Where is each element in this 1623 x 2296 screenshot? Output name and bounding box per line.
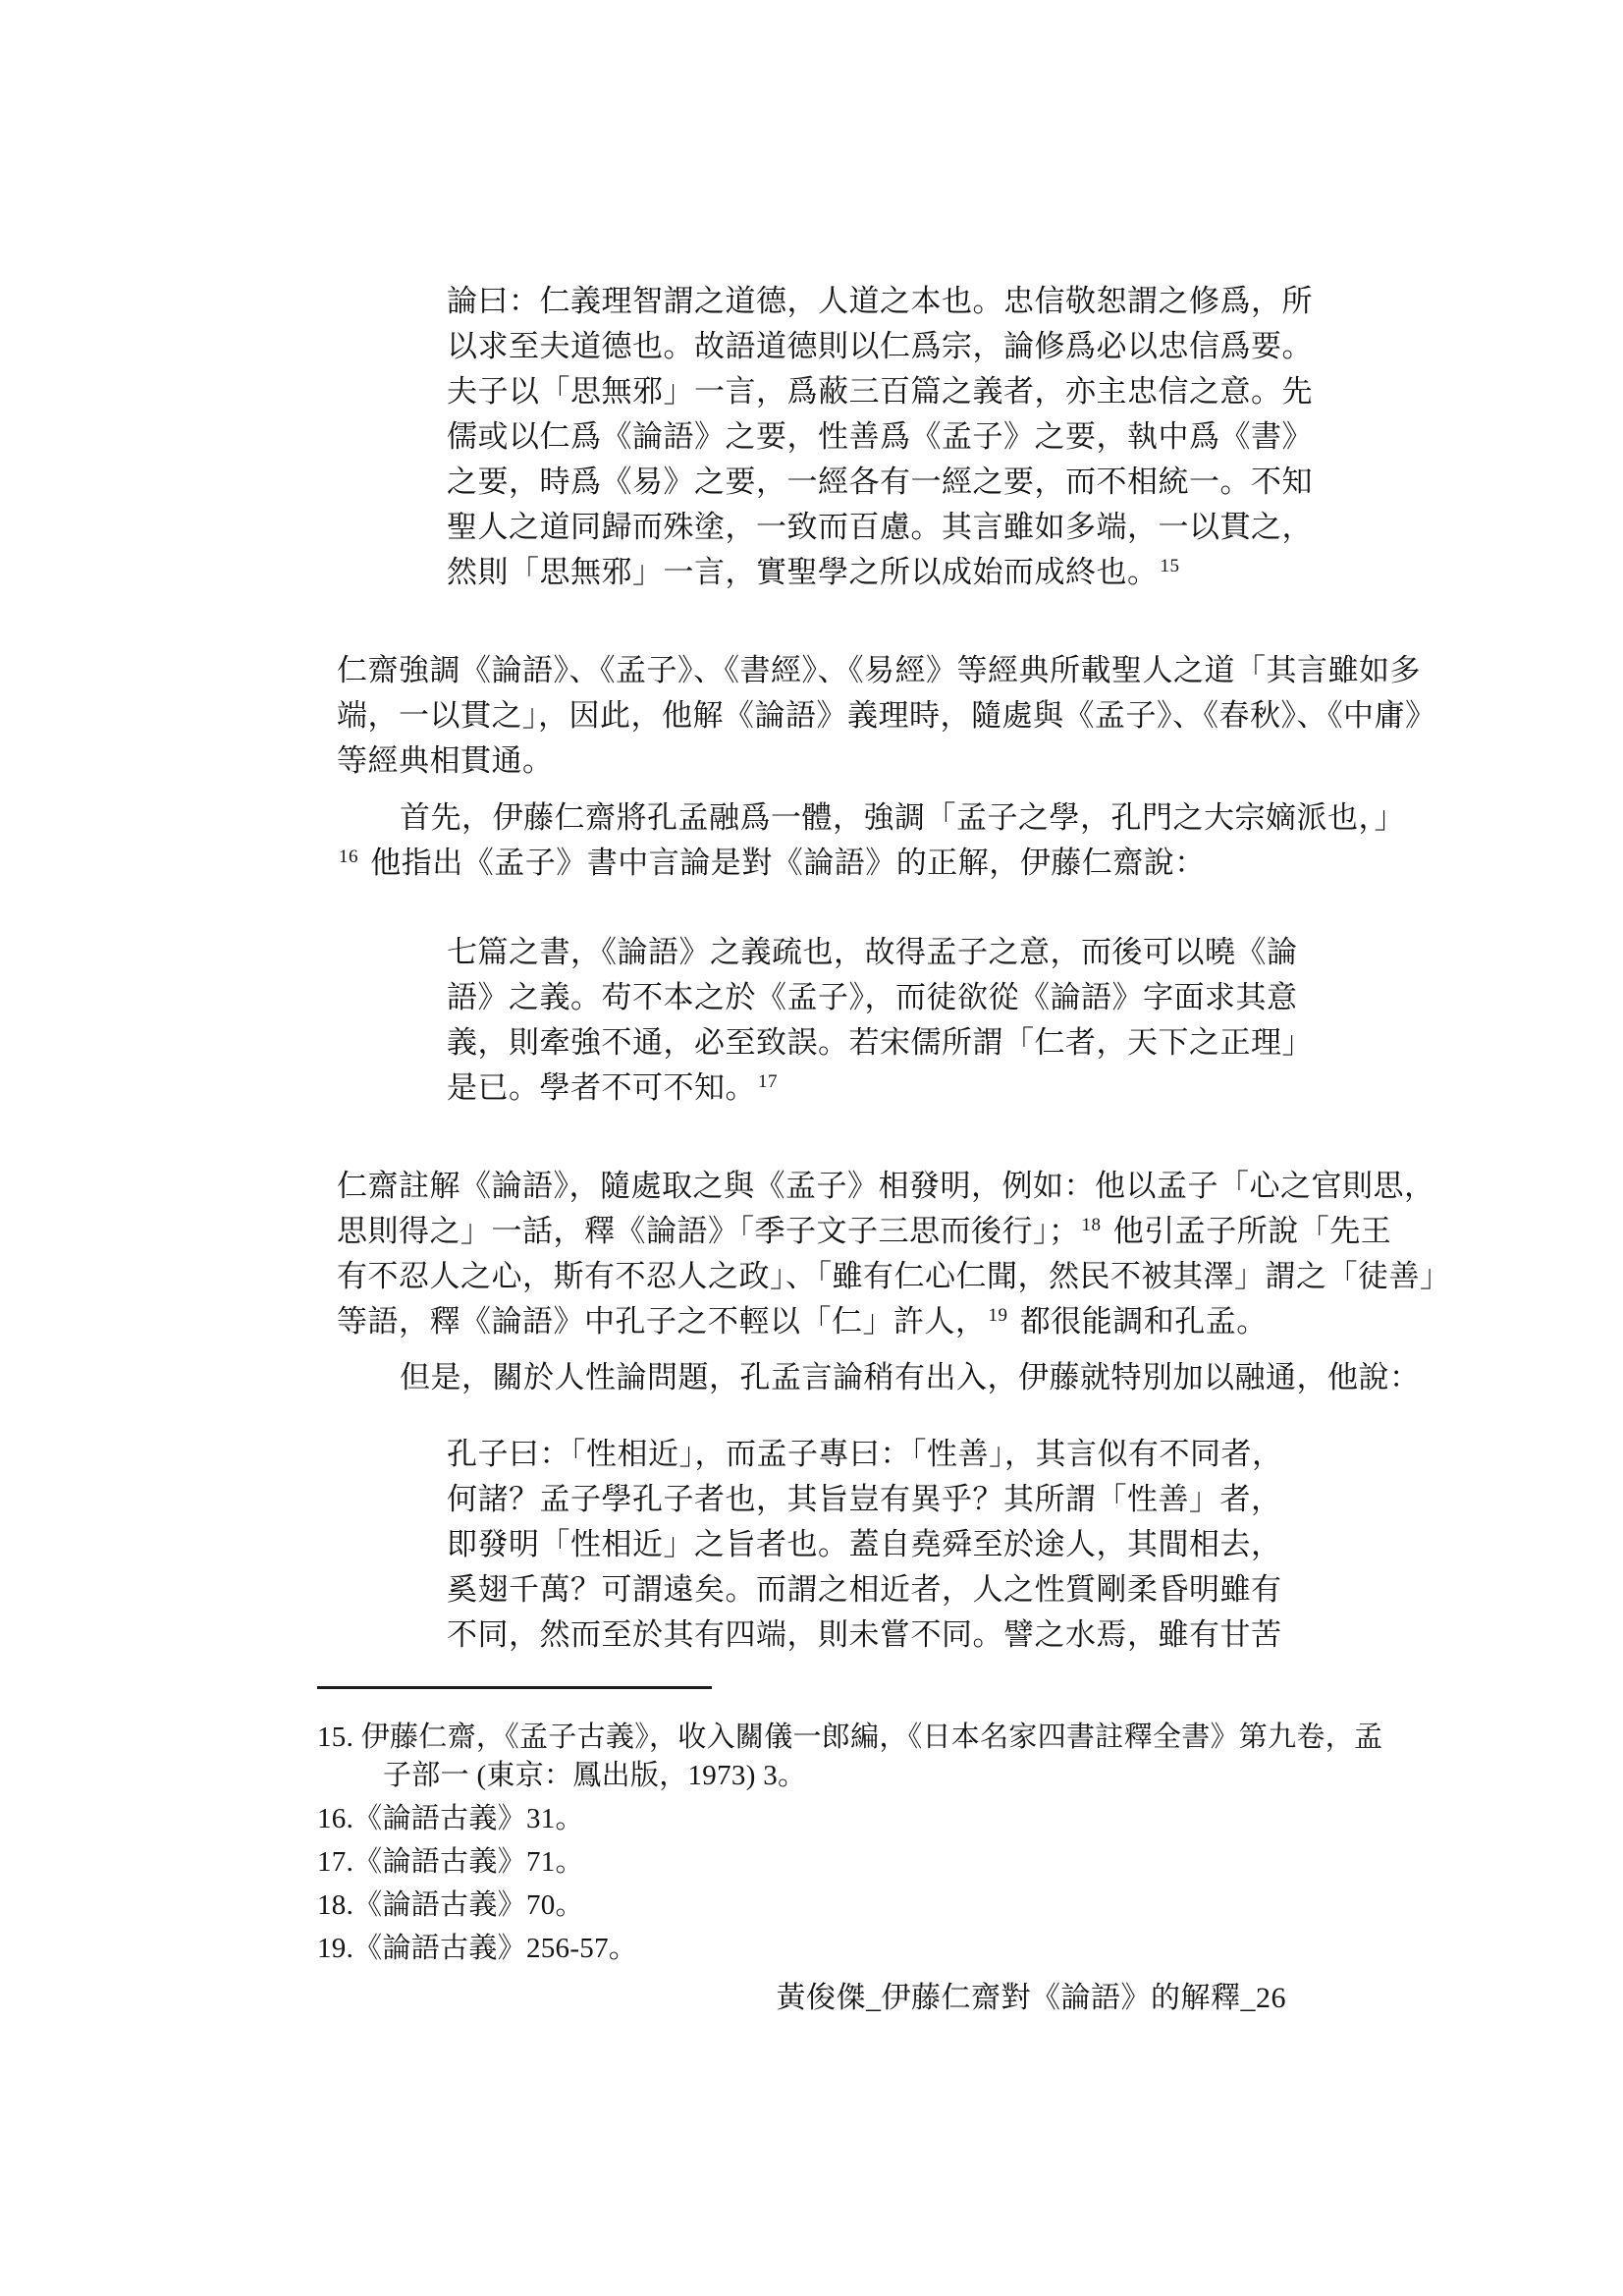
footnote-ref: 18 [1082,1215,1102,1235]
text-run: 儒或以仁爲《論語》之要，性善爲《孟子》之要，執中爲《書》 [447,419,1313,454]
text-line: 不同，然而至於其有四端，則未嘗不同。譬之水焉，雖有甘苦 [447,1613,1294,1658]
text-run: 仁齋強調《論語》、《孟子》、《書經》、《易經》等經典所載聖人之道「其言雖如多 [337,653,1421,687]
text-line: 何諸？孟子學孔子者也，其旨豈有異乎？其所謂「性善」者， [447,1477,1294,1522]
text-line: 是已。學者不可不知。17 [447,1066,1294,1111]
page-content: 論曰：仁義理智謂之道德，人道之本也。忠信敬恕謂之修爲，所以求至夫道德也。故語道德… [337,279,1294,1973]
text-run: 首先，伊藤仁齋將孔孟融爲一體，強調「孟子之學，孔門之大宗嫡派也，」 [400,800,1405,835]
text-line: 仁齋註解《論語》，隨處取之與《孟子》相發明，例如：他以孟子「心之官則思， [337,1164,1294,1209]
text-run: 以求至夫道德也。故語道德則以仁爲宗，論修爲必以忠信爲要。 [447,329,1313,363]
text-line: 16 他指出《孟子》書中言論是對《論語》的正解，伊藤仁齋說： [337,841,1294,886]
text-line: 論曰：仁義理智謂之道德，人道之本也。忠信敬恕謂之修爲，所 [447,279,1294,324]
text-run: 等語，釋《論語》中孔子之不輕以「仁」許人， [337,1304,987,1339]
text-line: 思則得之」一話，釋《論語》「季子文子三思而後行」；18 他引孟子所說「先王 [337,1209,1294,1254]
footnote-item: 18.《論語古義》70。 [317,1886,1294,1925]
text-run: 端，一以貫之」，因此，他解《論語》義理時，隨處與《孟子》、《春秋》、《中庸》 [337,698,1436,733]
text-line: 首先，伊藤仁齋將孔孟融爲一體，強調「孟子之學，孔門之大宗嫡派也，」 [337,795,1294,841]
text-line: 但是，關於人性論問題，孔孟言論稍有出入，伊藤就特別加以融通，他說： [337,1355,1294,1400]
text-run: 奚翅千萬？可謂遠矣。而謂之相近者，人之性質剛柔昏明雖有 [447,1572,1282,1607]
text-line: 之要，時爲《易》之要，一經各有一經之要，而不相統一。不知 [447,460,1294,505]
block-quote-2: 七篇之書，《論語》之義疏也，故得孟子之意，而後可以曉《論語》之義。苟不本之於《孟… [447,930,1294,1111]
footnote-line: 19.《論語古義》256-57。 [317,1930,1294,1968]
block-quote-1: 論曰：仁義理智謂之道德，人道之本也。忠信敬恕謂之修爲，所以求至夫道德也。故語道德… [447,279,1294,595]
text-line: 義，則牽強不通，必至致誤。若宋儒所謂「仁者，天下之正理」 [447,1020,1294,1066]
text-run: 思則得之」一話，釋《論語》「季子文子三思而後行」； [337,1214,1080,1248]
footnote-item: 19.《論語古義》256-57。 [317,1930,1294,1968]
text-run: 孔子曰：「性相近」，而孟子專曰：「性善」，其言似有不同者， [447,1437,1283,1471]
text-line: 夫子以「思無邪」一言，爲蔽三百篇之義者，亦主忠信之意。先 [447,369,1294,414]
text-run: 夫子以「思無邪」一言，爲蔽三百篇之義者，亦主忠信之意。先 [447,374,1313,409]
text-line: 即發明「性相近」之旨者也。蓋自堯舜至於途人，其間相去， [447,1522,1294,1567]
footnote-line: 16.《論語古義》31。 [317,1800,1294,1838]
text-run: 都很能調和孔孟。 [1012,1304,1268,1339]
text-line: 奚翅千萬？可謂遠矣。而謂之相近者，人之性質剛柔昏明雖有 [447,1567,1294,1613]
paragraph-3: 仁齋註解《論語》，隨處取之與《孟子》相發明，例如：他以孟子「心之官則思，思則得之… [337,1164,1294,1344]
footnote-item: 16.《論語古義》31。 [317,1800,1294,1838]
text-run: 有不忍人之心，斯有不忍人之政」、「雖有仁心仁聞，然民不被其澤」謂之「徒善」 [337,1259,1451,1293]
footnote-separator [317,1686,712,1689]
paragraph-2: 首先，伊藤仁齋將孔孟融爲一體，強調「孟子之學，孔門之大宗嫡派也，」16 他指出《… [337,795,1294,886]
footnote-ref: 16 [339,847,358,867]
footnote-item: 17.《論語古義》71。 [317,1843,1294,1882]
text-line: 等語，釋《論語》中孔子之不輕以「仁」許人，19 都很能調和孔孟。 [337,1299,1294,1344]
text-line: 然則「思無邪」一言，實聖學之所以成始而成終也。15 [447,550,1294,595]
text-run: 聖人之道同歸而殊塗，一致而百慮。其言雖如多端，一以貫之， [447,510,1313,544]
text-line: 以求至夫道德也。故語道德則以仁爲宗，論修爲必以忠信爲要。 [447,324,1294,369]
text-run: 是已。學者不可不知。 [447,1070,756,1105]
footnote-line: 18.《論語古義》70。 [317,1886,1294,1925]
block-quote-3: 孔子曰：「性相近」，而孟子專曰：「性善」，其言似有不同者，何諸？孟子學孔子者也，… [447,1432,1294,1658]
text-run: 即發明「性相近」之旨者也。蓋自堯舜至於途人，其間相去， [447,1527,1282,1561]
footer-text: 黃俊傑_伊藤仁齋對《論語》的解釋_26 [777,1982,1287,2014]
footnote-item: 15. 伊藤仁齋，《孟子古義》，收入關儀一郎編，《日本名家四書註釋全書》第九卷，… [317,1719,1294,1795]
text-line: 孔子曰：「性相近」，而孟子專曰：「性善」，其言似有不同者， [447,1432,1294,1477]
text-run: 語》之義。苟不本之於《孟子》，而徒欲從《論語》字面求其意 [447,980,1298,1014]
footnote-line: 17.《論語古義》71。 [317,1843,1294,1882]
footnote-line: 15. 伊藤仁齋，《孟子古義》，收入關儀一郎編，《日本名家四書註釋全書》第九卷，… [317,1719,1294,1757]
footnote-ref: 17 [758,1071,778,1092]
paragraph-4: 但是，關於人性論問題，孔孟言論稍有出入，伊藤就特別加以融通，他說： [337,1355,1294,1400]
text-run: 等經典相貫通。 [337,743,554,778]
text-run: 他指出《孟子》書中言論是對《論語》的正解，伊藤仁齋說： [362,846,1206,880]
text-line: 仁齋強調《論語》、《孟子》、《書經》、《易經》等經典所載聖人之道「其言雖如多 [337,648,1294,693]
text-line: 語》之義。苟不本之於《孟子》，而徒欲從《論語》字面求其意 [447,975,1294,1020]
text-line: 聖人之道同歸而殊塗，一致而百慮。其言雖如多端，一以貫之， [447,505,1294,550]
text-run: 論曰：仁義理智謂之道德，人道之本也。忠信敬恕謂之修爲，所 [447,284,1313,318]
text-line: 七篇之書，《論語》之義疏也，故得孟子之意，而後可以曉《論 [447,930,1294,975]
text-run: 之要，時爲《易》之要，一經各有一經之要，而不相統一。不知 [447,465,1313,499]
text-run: 不同，然而至於其有四端，則未嘗不同。譬之水焉，雖有甘苦 [447,1617,1282,1652]
text-line: 儒或以仁爲《論語》之要，性善爲《孟子》之要，執中爲《書》 [447,414,1294,460]
document-page: 論曰：仁義理智謂之道德，人道之本也。忠信敬恕謂之修爲，所以求至夫道德也。故語道德… [0,0,1623,2296]
page-footer: 黃俊傑_伊藤仁齋對《論語》的解釋_26 [777,1978,1287,2019]
paragraph-1: 仁齋強調《論語》、《孟子》、《書經》、《易經》等經典所載聖人之道「其言雖如多端，… [337,648,1294,784]
text-run: 他引孟子所說「先王 [1106,1214,1392,1248]
footnote-ref: 15 [1161,556,1180,576]
text-run: 但是，關於人性論問題，孔孟言論稍有出入，伊藤就特別加以融通，他說： [400,1360,1421,1394]
footnote-ref: 19 [989,1305,1008,1326]
text-run: 仁齋註解《論語》，隨處取之與《孟子》相發明，例如：他以孟子「心之官則思， [337,1169,1435,1203]
text-run: 何諸？孟子學孔子者也，其旨豈有異乎？其所謂「性善」者， [447,1482,1282,1516]
footnotes: 15. 伊藤仁齋，《孟子古義》，收入關儀一郎編，《日本名家四書註釋全書》第九卷，… [317,1719,1294,1968]
text-run: 義，則牽強不通，必至致誤。若宋儒所謂「仁者，天下之正理」 [447,1025,1313,1060]
text-run: 然則「思無邪」一言，實聖學之所以成始而成終也。 [447,555,1159,589]
footnote-line: 子部一 (東京：鳳出版，1973) 3。 [383,1757,1294,1795]
text-line: 有不忍人之心，斯有不忍人之政」、「雖有仁心仁聞，然民不被其澤」謂之「徒善」 [337,1254,1294,1299]
text-line: 端，一以貫之」，因此，他解《論語》義理時，隨處與《孟子》、《春秋》、《中庸》 [337,693,1294,738]
text-run: 七篇之書，《論語》之義疏也，故得孟子之意，而後可以曉《論 [447,935,1298,969]
text-line: 等經典相貫通。 [337,738,1294,784]
